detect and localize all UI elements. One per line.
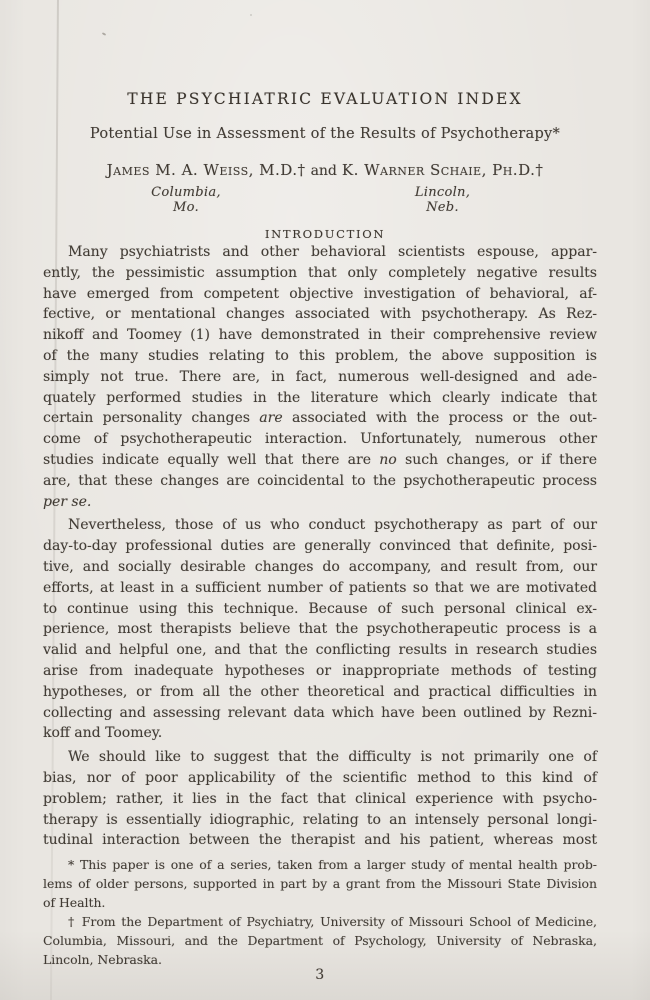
text-line: therapy is essentially idiographic, rela… <box>43 810 597 831</box>
text-line: Columbia, Missouri, and the Department o… <box>43 931 597 950</box>
text-line: tive, and socially desirable changes do … <box>43 557 597 578</box>
text-line: come of psychotherapeutic interaction. U… <box>43 429 597 450</box>
author-connector: and <box>311 163 337 179</box>
text-line: fective, or mentational changes associat… <box>43 304 597 325</box>
text-line: arise from inadequate hypotheses or inap… <box>43 661 597 682</box>
paragraph-1: Many psychiatrists and other behavioral … <box>43 242 597 512</box>
text-line: bias, nor of poor applicability of the s… <box>43 768 597 789</box>
text-line: We should like to suggest that the diffi… <box>43 747 597 768</box>
text-line: hypotheses, or from all the other theore… <box>43 682 597 703</box>
section-heading-introduction: INTRODUCTION <box>0 227 650 241</box>
text-line: Many psychiatrists and other behavioral … <box>43 242 597 263</box>
text-line: problem; rather, it lies in the fact tha… <box>43 789 597 810</box>
scanned-paper-page: THE PSYCHIATRIC EVALUATION INDEX Potenti… <box>0 0 650 1000</box>
body-text-column: Many psychiatrists and other behavioral … <box>43 242 597 986</box>
paragraph-3: We should like to suggest that the diffi… <box>43 747 597 851</box>
text-line: valid and helpful one, and that the conf… <box>43 640 597 661</box>
author-weiss: James M. A. Weiss, M.D.† <box>107 161 306 179</box>
text-line: * This paper is one of a series, taken f… <box>43 855 597 874</box>
text-line: ently, the pessimistic assumption that o… <box>43 263 597 284</box>
paper-speck <box>250 14 252 16</box>
text-line: lems of older persons, supported in part… <box>43 874 597 893</box>
footnote-dagger: † From the Department of Psychiatry, Uni… <box>43 912 597 969</box>
affiliation-weiss: Columbia, Mo. <box>140 185 232 215</box>
text-line: certain personality changes are associat… <box>43 408 597 429</box>
text-line: studies indicate equally well that there… <box>43 450 597 471</box>
paper-speck <box>102 32 106 36</box>
paragraph-2: Nevertheless, those of us who conduct ps… <box>43 515 597 744</box>
text-line: tudinal interaction between the therapis… <box>43 830 597 851</box>
text-line: † From the Department of Psychiatry, Uni… <box>43 912 597 931</box>
footnotes-block: * This paper is one of a series, taken f… <box>43 855 597 969</box>
text-line: koff and Toomey. <box>43 723 597 744</box>
text-line: are, that these changes are coincidental… <box>43 471 597 492</box>
author-schaie: K. Warner Schaie, Ph.D.† <box>342 161 543 179</box>
text-line: Nevertheless, those of us who conduct ps… <box>43 515 597 536</box>
text-line: day-to-day professional duties are gener… <box>43 536 597 557</box>
text-line: simply not true. There are, in fact, num… <box>43 367 597 388</box>
affiliation-schaie: Lincoln, Neb. <box>400 185 485 215</box>
text-line: to continue using this technique. Becaus… <box>43 599 597 620</box>
text-line: quately performed studies in the literat… <box>43 388 597 409</box>
footnote-asterisk: * This paper is one of a series, taken f… <box>43 855 597 912</box>
text-line: per se. <box>43 492 597 513</box>
text-line: nikoff and Toomey (1) have demonstrated … <box>43 325 597 346</box>
article-subtitle: Potential Use in Assessment of the Resul… <box>0 126 650 142</box>
text-line: of Health. <box>43 893 597 912</box>
article-title: THE PSYCHIATRIC EVALUATION INDEX <box>0 90 650 108</box>
text-line: of the many studies relating to this pro… <box>43 346 597 367</box>
text-line: efforts, at least in a sufficient number… <box>43 578 597 599</box>
text-line: perience, most therapists believe that t… <box>43 619 597 640</box>
text-line: have emerged from competent objective in… <box>43 284 597 305</box>
authors-line: James M. A. Weiss, M.D.†andK. Warner Sch… <box>0 161 650 179</box>
text-line: collecting and assessing relevant data w… <box>43 703 597 724</box>
